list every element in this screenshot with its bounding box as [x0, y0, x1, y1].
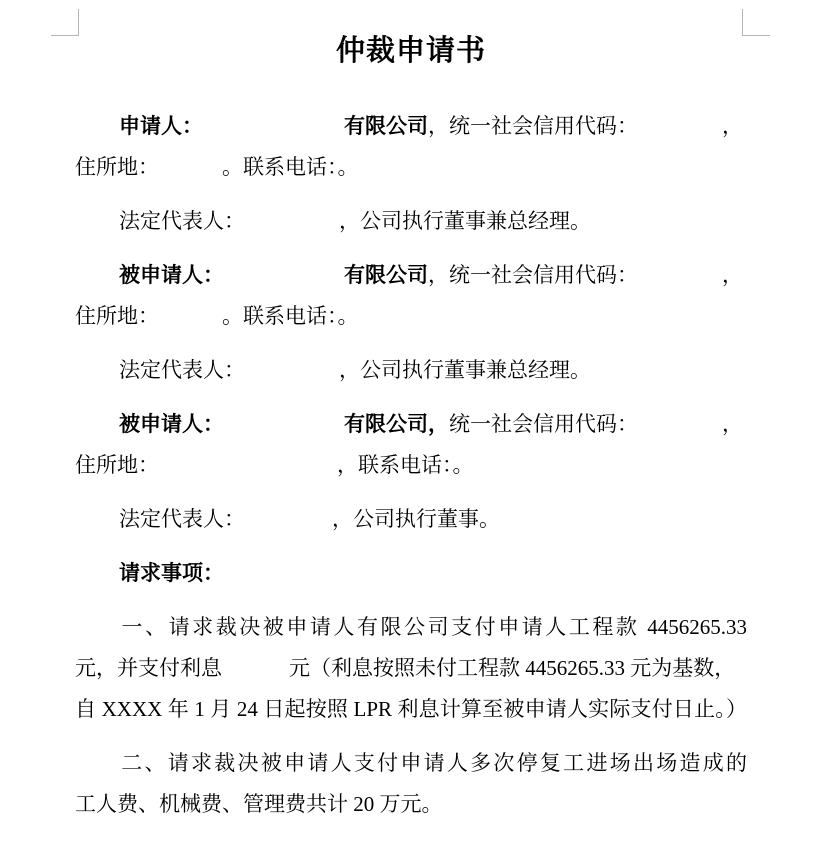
- uscc-blank: [638, 281, 722, 282]
- claim-1-text-line-2b: 元（利息按照未付工程款 4456265.33 元为基数，: [289, 656, 735, 680]
- paragraph-claim-2: 二、请求裁决被申请人支付申请人多次停复工进场出场造成的 工人费、机械费、管理费共…: [75, 743, 747, 825]
- claim-1-text-line-2a: 元，并支付利息: [75, 656, 222, 680]
- company-name-blank: [203, 132, 344, 133]
- trailing-comma: ，: [722, 114, 743, 138]
- doc-line: 法定代表人：，公司执行董事。: [75, 499, 747, 540]
- paragraph-claims-heading: 请求事项：: [75, 553, 747, 594]
- company-suffix: 有限公司: [344, 114, 428, 138]
- legal-rep-label: 法定代表人：: [119, 209, 245, 233]
- paragraph-respondent-1-legal-rep: 法定代表人：，公司执行董事兼总经理。: [75, 350, 747, 391]
- legal-rep-label: 法定代表人：: [119, 507, 245, 531]
- doc-line: 一、请求裁决被申请人有限公司支付申请人工程款 4456265.33: [75, 607, 747, 648]
- trailing-comma: ，: [722, 263, 743, 287]
- company-name-blank: [224, 430, 344, 431]
- legal-rep-name-blank: [245, 227, 339, 228]
- phone-label: 。联系电话：。: [222, 155, 359, 179]
- claim-1-text-line-3: 自 XXXX 年 1 月 24 日起按照 LPR 利息计算至被申请人实际支付日止…: [75, 697, 747, 721]
- legal-rep-title: ，公司执行董事。: [332, 507, 500, 531]
- doc-line: 申请人：有限公司，统一社会信用代码：，: [75, 106, 747, 147]
- claims-heading: 请求事项：: [119, 561, 224, 585]
- doc-line: 被申请人：有限公司，统一社会信用代码：，: [75, 255, 747, 296]
- document-title: 仲裁申请书: [75, 30, 747, 72]
- doc-line: 法定代表人：，公司执行董事兼总经理。: [75, 201, 747, 242]
- document-page: { "title": "仲裁申请书", "party1": { "label":…: [0, 0, 827, 845]
- respondent-label: 被申请人：: [119, 263, 224, 287]
- paragraph-respondent-1: 被申请人：有限公司，统一社会信用代码：， 住所地：。联系电话：。: [75, 255, 747, 337]
- paragraph-respondent-2-legal-rep: 法定代表人：，公司执行董事。: [75, 499, 747, 540]
- paragraph-applicant-legal-rep: 法定代表人：，公司执行董事兼总经理。: [75, 201, 747, 242]
- uscc-blank: [638, 132, 722, 133]
- doc-line: 二、请求裁决被申请人支付申请人多次停复工进场出场造成的: [75, 743, 747, 784]
- doc-line: 自 XXXX 年 1 月 24 日起按照 LPR 利息计算至被申请人实际支付日止…: [75, 689, 747, 730]
- uscc-label: ，统一社会信用代码：: [428, 114, 638, 138]
- company-suffix: 有限公司: [344, 263, 428, 287]
- interest-amount-blank: [222, 674, 289, 675]
- claim-2-text-line-2: 工人费、机械费、管理费共计 20 万元。: [75, 792, 443, 816]
- doc-line: 被申请人：有限公司，统一社会信用代码：，: [75, 404, 747, 445]
- document-body: 仲裁申请书 申请人：有限公司，统一社会信用代码：， 住所地：。联系电话：。 法定…: [75, 30, 747, 838]
- doc-line: 元，并支付利息元（利息按照未付工程款 4456265.33 元为基数，: [75, 648, 747, 689]
- applicant-label: 申请人：: [119, 114, 203, 138]
- uscc-label: ，统一社会信用代码：: [428, 263, 638, 287]
- respondent-label: 被申请人：: [119, 412, 224, 436]
- paragraph-respondent-2: 被申请人：有限公司，统一社会信用代码：， 住所地：，联系电话：。: [75, 404, 747, 486]
- legal-rep-name-blank: [245, 525, 332, 526]
- trailing-comma: ，: [722, 412, 743, 436]
- paragraph-claim-1: 一、请求裁决被申请人有限公司支付申请人工程款 4456265.33 元，并支付利…: [75, 607, 747, 730]
- legal-rep-title: ，公司执行董事兼总经理。: [339, 358, 591, 382]
- doc-line: 住所地：，联系电话：。: [75, 445, 747, 486]
- phone-label: ，联系电话：。: [337, 453, 474, 477]
- address-blank: [159, 173, 222, 174]
- address-label: 住所地：: [75, 453, 159, 477]
- doc-line: 法定代表人：，公司执行董事兼总经理。: [75, 350, 747, 391]
- company-suffix: 有限公司，: [344, 412, 449, 436]
- legal-rep-title: ，公司执行董事兼总经理。: [339, 209, 591, 233]
- company-name-blank: [224, 281, 344, 282]
- paragraph-applicant: 申请人：有限公司，统一社会信用代码：， 住所地：。联系电话：。: [75, 106, 747, 188]
- doc-line: 工人费、机械费、管理费共计 20 万元。: [75, 784, 747, 825]
- address-label: 住所地：: [75, 304, 159, 328]
- doc-line: 请求事项：: [75, 553, 747, 594]
- claim-2-text-line-1: 二、请求裁决被申请人支付申请人多次停复工进场出场造成的: [119, 751, 747, 775]
- uscc-blank: [638, 430, 722, 431]
- doc-line: 住所地：。联系电话：。: [75, 296, 747, 337]
- claim-1-text-line-1: 一、请求裁决被申请人有限公司支付申请人工程款 4456265.33: [119, 615, 747, 639]
- doc-line: 住所地：。联系电话：。: [75, 147, 747, 188]
- legal-rep-label: 法定代表人：: [119, 358, 245, 382]
- address-blank: [159, 322, 222, 323]
- address-label: 住所地：: [75, 155, 159, 179]
- uscc-label: 统一社会信用代码：: [449, 412, 638, 436]
- address-blank: [159, 471, 337, 472]
- phone-label: 。联系电话：。: [222, 304, 359, 328]
- legal-rep-name-blank: [245, 376, 339, 377]
